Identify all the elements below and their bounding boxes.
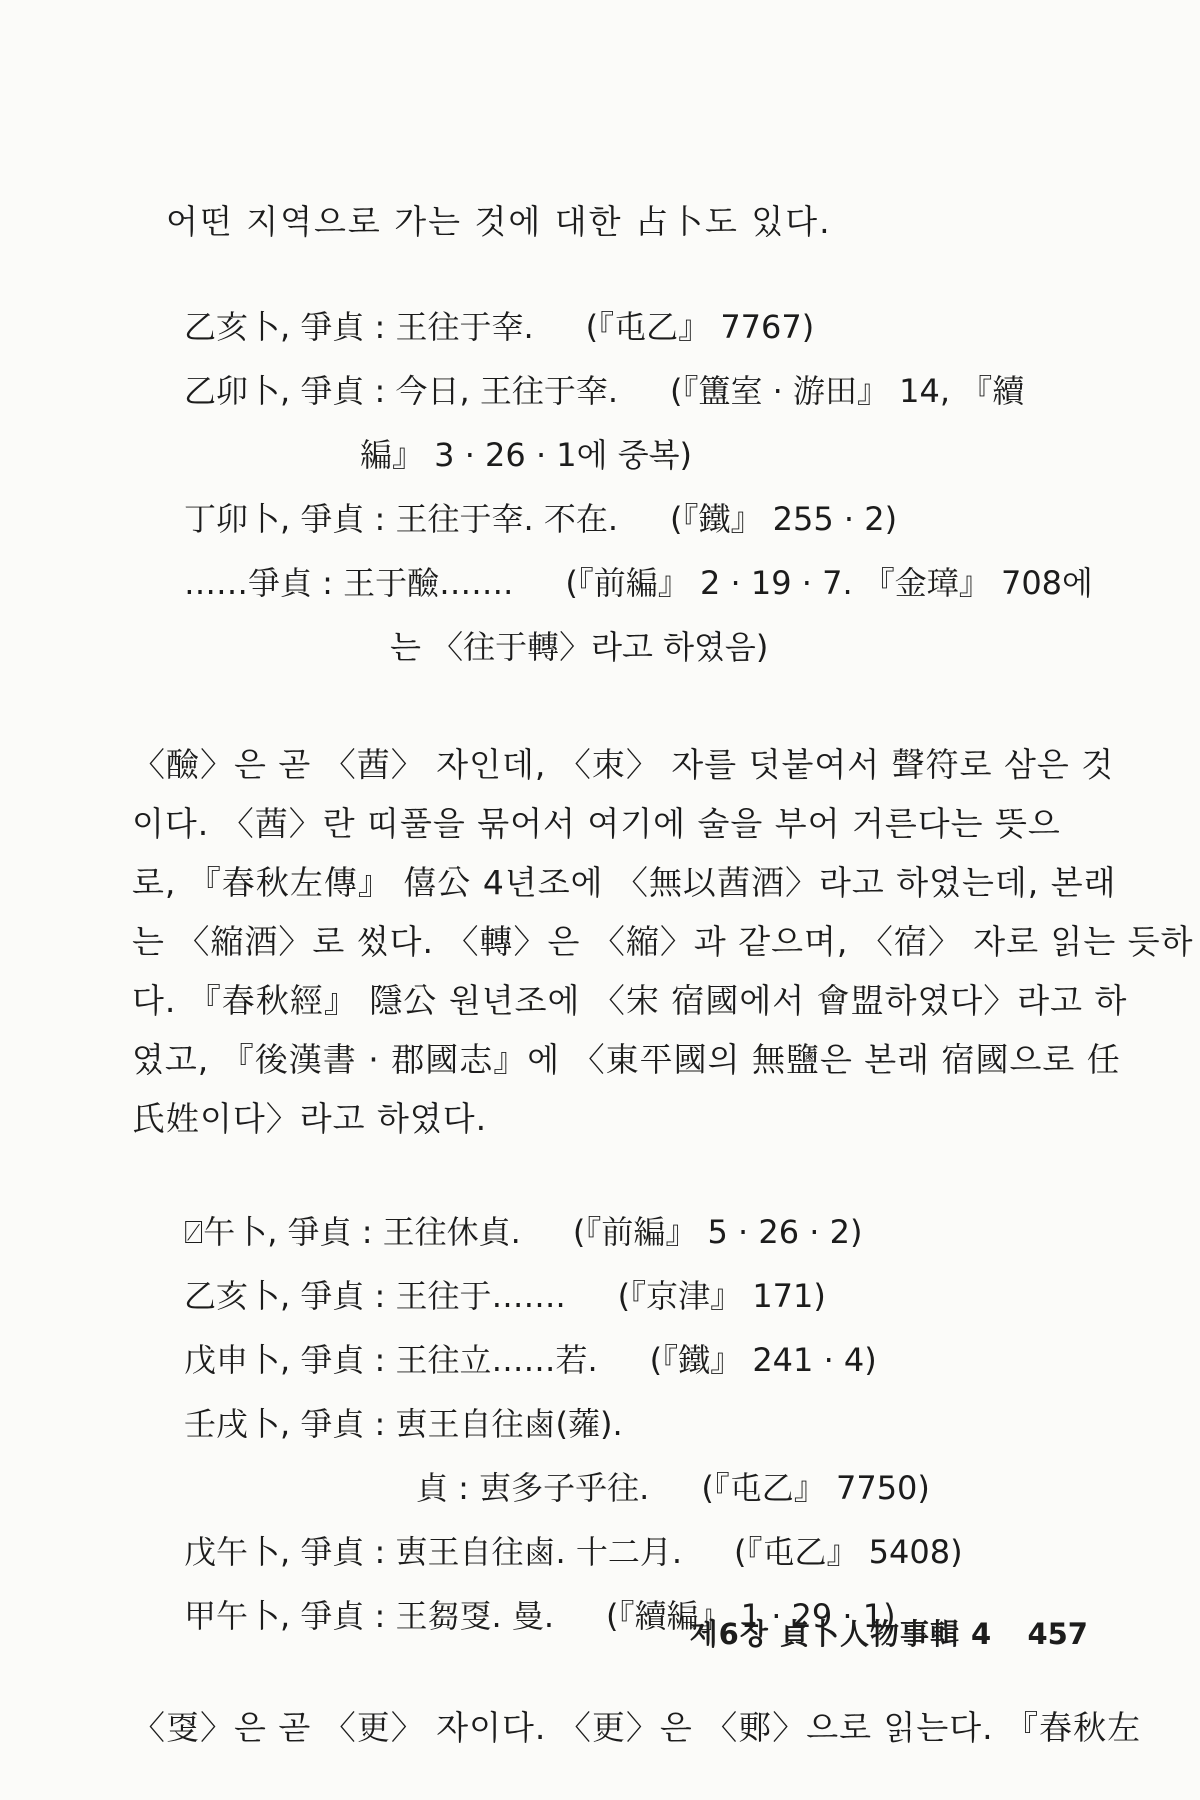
commentary-paragraph-2: 〈㪅〉은 곧 〈更〉 자이다. 〈更〉은 〈郠〉으로 읽는다. 『春秋左 [132, 1698, 1090, 1757]
inscription-line-continuation: 貞 : 叀多子乎往.(『屯乙』 7750) [184, 1456, 1090, 1520]
paragraph-line: 로, 『春秋左傳』 僖公 4년조에 〈無以莤酒〉라고 하였는데, 본래 [132, 853, 1090, 912]
inscription-line: ⍁午卜, 爭貞 : 王往休貞.(『前編』 5 · 26 · 2) [184, 1200, 1090, 1264]
inscription-text: 는 〈往于轉〉라고 하였음) [390, 628, 768, 666]
inscription-text: ……爭貞 : 王于醶……. [184, 564, 513, 602]
inscription-line: 丁卯卜, 爭貞 : 王往于㚔. 不在.(『鐵』 255 · 2) [184, 487, 1090, 551]
source-citation: (『鐵』 255 · 2) [670, 500, 897, 538]
inscription-text: 編』 3 · 26 · 1에 중복) [360, 436, 692, 474]
oracle-quote-block-2: ⍁午卜, 爭貞 : 王往休貞.(『前編』 5 · 26 · 2) 乙亥卜, 爭貞… [184, 1200, 1090, 1648]
source-citation: (『前編』 5 · 26 · 2) [573, 1213, 863, 1251]
oracle-quote-block-1: 乙亥卜, 爭貞 : 王往于㚔.(『屯乙』 7767) 乙卯卜, 爭貞 : 今日,… [184, 295, 1090, 679]
source-citation: (『屯乙』 7767) [586, 308, 815, 346]
source-citation: (『簠室 · 游田』 14, 『續 [670, 372, 1024, 410]
paragraph-line: 였고, 『後漢書 · 郡國志』에 〈東平國의 無鹽은 본래 宿國으로 任 [132, 1030, 1090, 1089]
inscription-text: 乙亥卜, 爭貞 : 王往于㚔. [184, 308, 534, 346]
commentary-paragraph-1: 〈醶〉은 곧 〈莤〉 자인데, 〈朿〉 자를 덧붙여서 聲符로 삼은 것 이다.… [132, 735, 1090, 1148]
paragraph-line: 氏姓이다〉라고 하였다. [132, 1089, 1090, 1148]
inscription-line-continuation: 編』 3 · 26 · 1에 중복) [184, 423, 1090, 487]
paragraph-line: 는 〈縮酒〉로 썼다. 〈轉〉은 〈縮〉과 같으며, 〈宿〉 자로 읽는 듯하 [132, 912, 1090, 971]
inscription-text: 戊申卜, 爭貞 : 王往立……若. [184, 1341, 598, 1379]
inscription-line: 乙亥卜, 爭貞 : 王往于㚔.(『屯乙』 7767) [184, 295, 1090, 359]
book-page: 어떤 지역으로 가는 것에 대한 占卜도 있다. 乙亥卜, 爭貞 : 王往于㚔.… [0, 0, 1200, 1800]
inscription-line-continuation: 는 〈往于轉〉라고 하였음) [184, 615, 1090, 679]
chapter-heading: 제6장 貞卜人物事輯 4 [690, 1617, 993, 1651]
inscription-text: 戊午卜, 爭貞 : 叀王自往鹵. 十二月. [184, 1533, 682, 1571]
source-citation: (『鐵』 241 · 4) [650, 1341, 877, 1379]
intro-paragraph: 어떤 지역으로 가는 것에 대한 占卜도 있다. [132, 196, 1090, 243]
inscription-text: ⍁午卜, 爭貞 : 王往休貞. [184, 1213, 521, 1251]
paragraph-line: 다. 『春秋經』 隱公 원년조에 〈宋 宿國에서 會盟하였다〉라고 하 [132, 971, 1090, 1030]
source-citation: (『前編』 2 · 19 · 7. 『金璋』 708에 [565, 564, 1093, 602]
inscription-text: 乙亥卜, 爭貞 : 王往于……. [184, 1277, 566, 1315]
page-footer: 제6장 貞卜人物事輯 4 457 [690, 1612, 1088, 1653]
inscription-line: 壬戌卜, 爭貞 : 叀王自往鹵(蕹). [184, 1392, 1090, 1456]
inscription-line: 戊午卜, 爭貞 : 叀王自往鹵. 十二月.(『屯乙』 5408) [184, 1520, 1090, 1584]
paragraph-line: 〈㪅〉은 곧 〈更〉 자이다. 〈更〉은 〈郠〉으로 읽는다. 『春秋左 [132, 1698, 1090, 1757]
inscription-text: 壬戌卜, 爭貞 : 叀王自往鹵(蕹). [184, 1405, 623, 1443]
page-number: 457 [1027, 1617, 1088, 1651]
inscription-line: 乙亥卜, 爭貞 : 王往于…….(『京津』 171) [184, 1264, 1090, 1328]
paragraph-line: 〈醶〉은 곧 〈莤〉 자인데, 〈朿〉 자를 덧붙여서 聲符로 삼은 것 [132, 735, 1090, 794]
inscription-text: 甲午卜, 爭貞 : 王芻㪅. 曼. [184, 1597, 554, 1635]
inscription-line: ……爭貞 : 王于醶…….(『前編』 2 · 19 · 7. 『金璋』 708에 [184, 551, 1090, 615]
inscription-text: 貞 : 叀多子乎往. [416, 1469, 649, 1507]
source-citation: (『京津』 171) [618, 1277, 826, 1315]
inscription-text: 乙卯卜, 爭貞 : 今日, 王往于㚔. [184, 372, 618, 410]
source-citation: (『屯乙』 5408) [734, 1533, 963, 1571]
inscription-line: 戊申卜, 爭貞 : 王往立……若.(『鐵』 241 · 4) [184, 1328, 1090, 1392]
inscription-line: 乙卯卜, 爭貞 : 今日, 王往于㚔.(『簠室 · 游田』 14, 『續 [184, 359, 1090, 423]
inscription-text: 丁卯卜, 爭貞 : 王往于㚔. 不在. [184, 500, 618, 538]
source-citation: (『屯乙』 7750) [701, 1469, 930, 1507]
paragraph-line: 이다. 〈莤〉란 띠풀을 묶어서 여기에 술을 부어 거른다는 뜻으 [132, 794, 1090, 853]
